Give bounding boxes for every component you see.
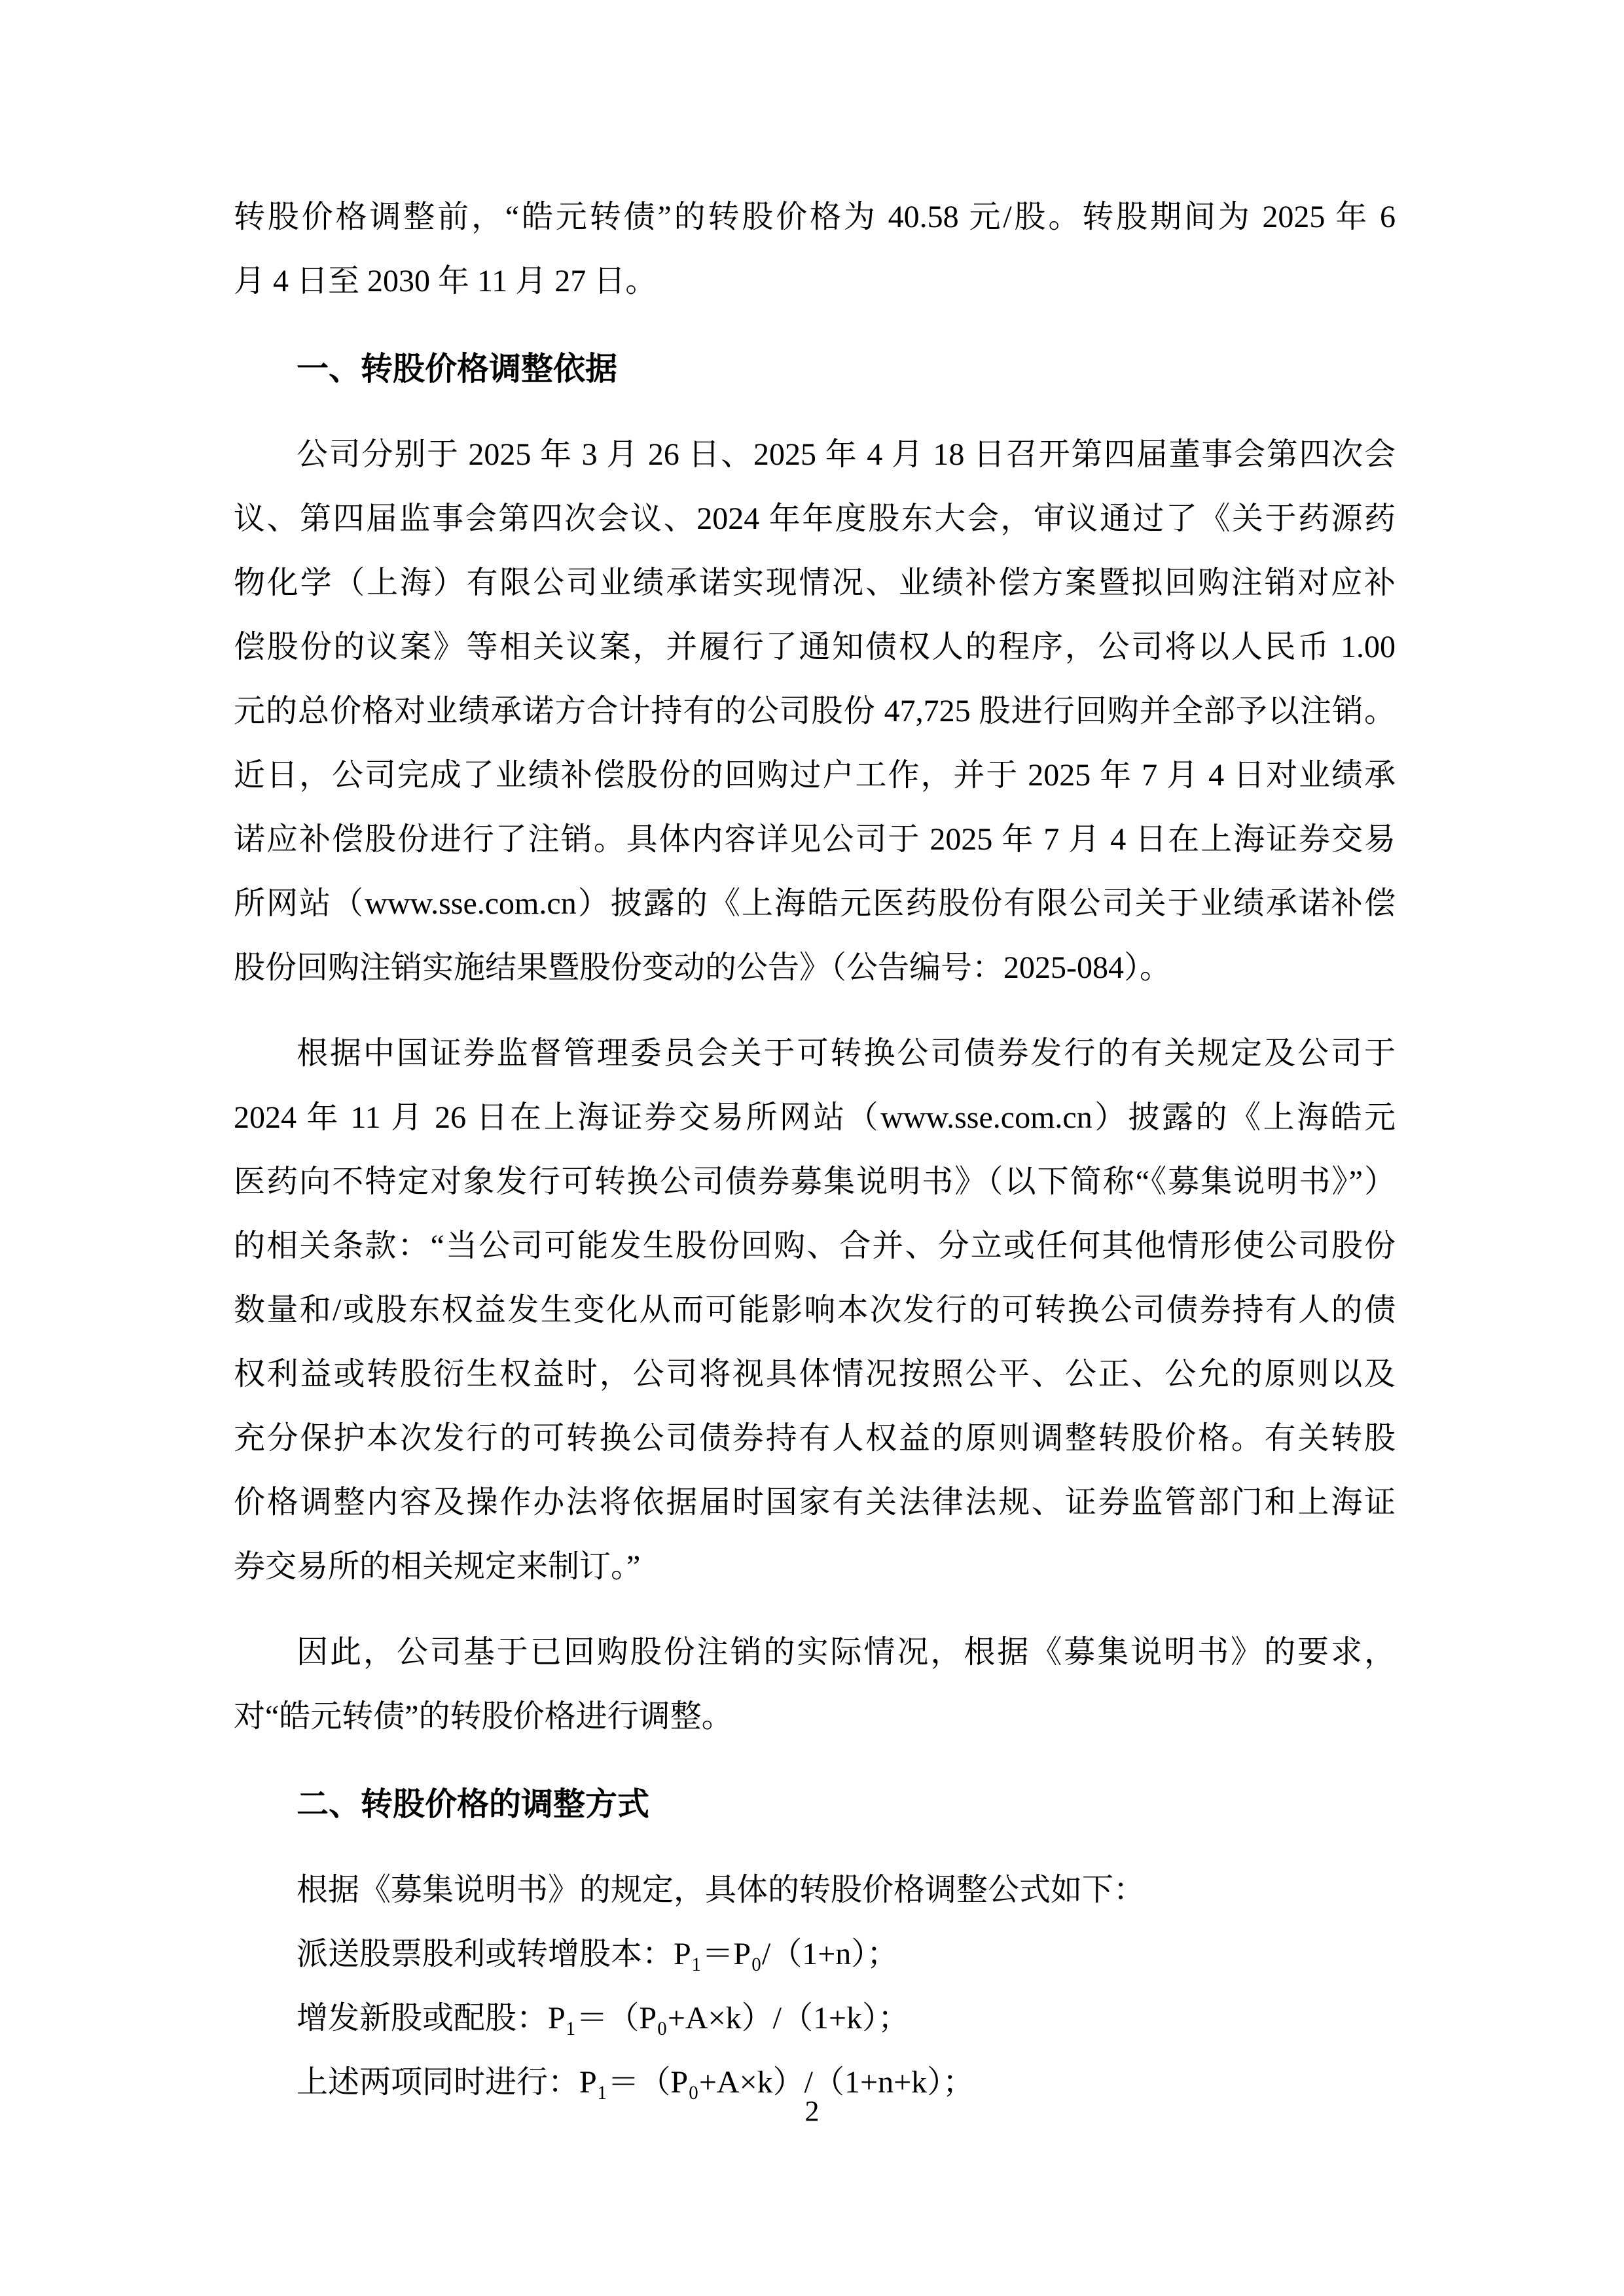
paragraph: 因此，公司基于已回购股份注销的实际情况，根据《募集说明书》的要求，对“皓元转债”… [234, 1621, 1396, 1749]
document-body: 转股价格调整前，“皓元转债”的转股价格为 40.58 元/股。转股期间为 202… [234, 185, 1396, 2115]
formula-line-block: 增发新股或配股：P₁＝（P₀+A×k）/（1+k）； [234, 1986, 1396, 2051]
page-number: 2 [0, 2092, 1624, 2131]
text-line: 2024 年 11 月 26 日在上海证券交易所网站（www.sse.com.c… [234, 1086, 1396, 1150]
text-line: 根据《募集说明书》的规定，具体的转股价格调整公式如下： [234, 1858, 1396, 1922]
text-line: 数量和/或股东权益发生变化从而可能影响本次发行的可转换公司债券持有人的债 [234, 1278, 1396, 1342]
text-line: 偿股份的议案》等相关议案，并履行了通知债权人的程序，公司将以人民币 1.00 [234, 615, 1396, 679]
text-line: 二、转股价格的调整方式 [234, 1772, 1396, 1837]
text-line: 增发新股或配股：P₁＝（P₀+A×k）/（1+k）； [234, 1986, 1396, 2051]
text-line: 诺应补偿股份进行了注销。具体内容详见公司于 2025 年 7 月 4 日在上海证… [234, 808, 1396, 872]
formula-line-block: 派送股票股利或转增股本：P₁＝P₀/（1+n）； [234, 1922, 1396, 1986]
text-line: 因此，公司基于已回购股份注销的实际情况，根据《募集说明书》的要求， [234, 1621, 1396, 1685]
paragraph: 公司分别于 2025 年 3 月 26 日、2025 年 4 月 18 日召开第… [234, 423, 1396, 1000]
text-line: 所网站（www.sse.com.cn）披露的《上海皓元医药股份有限公司关于业绩承… [234, 872, 1396, 936]
text-line: 派送股票股利或转增股本：P₁＝P₀/（1+n）； [234, 1922, 1396, 1986]
text-line: 充分保护本次发行的可转换公司债券持有人权益的原则调整转股价格。有关转股 [234, 1407, 1396, 1471]
text-line: 权利益或转股衍生权益时，公司将视具体情况按照公平、公正、公允的原则以及 [234, 1342, 1396, 1407]
text-line: 的相关条款：“当公司可能发生股份回购、合并、分立或任何其他情形使公司股份 [234, 1214, 1396, 1278]
text-line: 元的总价格对业绩承诺方合计持有的公司股份 47,725 股进行回购并全部予以注销… [234, 679, 1396, 744]
section-heading: 一、转股价格调整依据 [234, 337, 1396, 401]
text-line: 价格调整内容及操作办法将依据届时国家有关法律法规、证券监管部门和上海证 [234, 1471, 1396, 1535]
document-page: 转股价格调整前，“皓元转债”的转股价格为 40.58 元/股。转股期间为 202… [0, 0, 1624, 2296]
text-line: 股份回购注销实施结果暨股份变动的公告》（公告编号：2025-084）。 [234, 936, 1396, 1000]
text-line: 转股价格调整前，“皓元转债”的转股价格为 40.58 元/股。转股期间为 202… [234, 185, 1396, 249]
text-line: 议、第四届监事会第四次会议、2024 年年度股东大会，审议通过了《关于药源药 [234, 487, 1396, 551]
text-line: 物化学（上海）有限公司业绩承诺实现情况、业绩补偿方案暨拟回购注销对应补 [234, 551, 1396, 615]
paragraph: 根据《募集说明书》的规定，具体的转股价格调整公式如下： [234, 1858, 1396, 1922]
paragraph: 根据中国证券监督管理委员会关于可转换公司债券发行的有关规定及公司于2024 年 … [234, 1022, 1396, 1599]
text-line: 医药向不特定对象发行可转换公司债券募集说明书》（以下简称“《募集说明书》”） [234, 1150, 1396, 1214]
paragraph: 转股价格调整前，“皓元转债”的转股价格为 40.58 元/股。转股期间为 202… [234, 185, 1396, 314]
text-line: 对“皓元转债”的转股价格进行调整。 [234, 1685, 1396, 1749]
text-line: 一、转股价格调整依据 [234, 337, 1396, 401]
section-heading: 二、转股价格的调整方式 [234, 1772, 1396, 1837]
text-line: 近日，公司完成了业绩补偿股份的回购过户工作，并于 2025 年 7 月 4 日对… [234, 744, 1396, 808]
text-line: 公司分别于 2025 年 3 月 26 日、2025 年 4 月 18 日召开第… [234, 423, 1396, 487]
text-line: 券交易所的相关规定来制订。” [234, 1535, 1396, 1599]
text-line: 月 4 日至 2030 年 11 月 27 日。 [234, 249, 1396, 314]
text-line: 根据中国证券监督管理委员会关于可转换公司债券发行的有关规定及公司于 [234, 1022, 1396, 1086]
